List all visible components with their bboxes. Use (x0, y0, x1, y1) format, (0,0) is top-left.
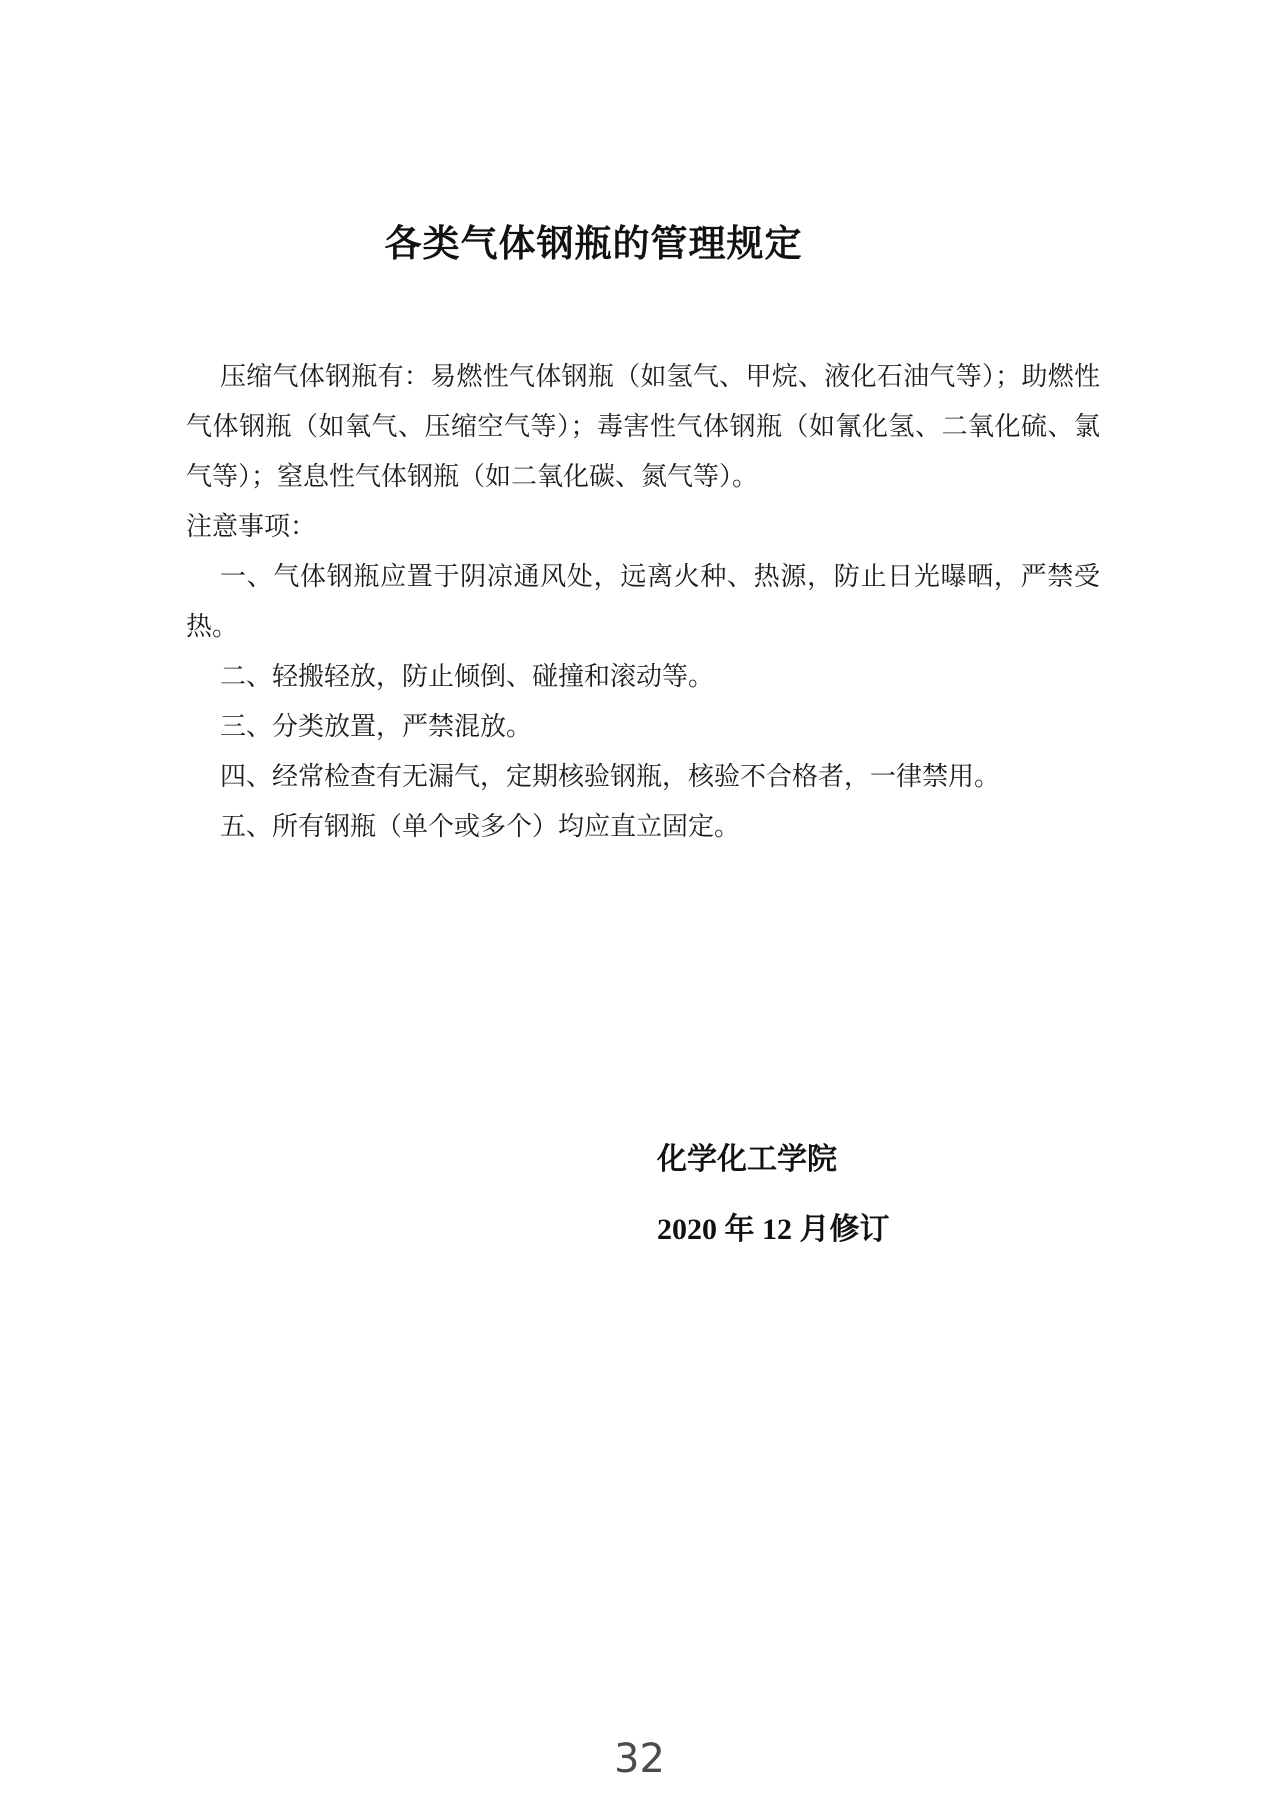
page-title: 各类气体钢瓶的管理规定 (0, 222, 1187, 268)
intro-paragraph: 压缩气体钢瓶有：易燃性气体钢瓶（如氢气、甲烷、液化石油气等）；助燃性气体钢瓶（如… (186, 352, 1100, 502)
note-item-1: 一、气体钢瓶应置于阴凉通风处，远离火种、热源，防止日光曝晒，严禁受热。 (186, 552, 1100, 652)
note-item-2: 二、轻搬轻放，防止倾倒、碰撞和滚动等。 (186, 652, 1100, 702)
signature-block: 化学化工学院 2020 年 12 月修订 (657, 1125, 890, 1265)
page-number: 32 (0, 1736, 1279, 1782)
signature-org: 化学化工学院 (657, 1125, 890, 1195)
signature-date: 2020 年 12 月修订 (657, 1195, 890, 1265)
document-body: 压缩气体钢瓶有：易燃性气体钢瓶（如氢气、甲烷、液化石油气等）；助燃性气体钢瓶（如… (186, 352, 1100, 852)
note-item-5: 五、所有钢瓶（单个或多个）均应直立固定。 (186, 802, 1100, 852)
document-page: 各类气体钢瓶的管理规定 压缩气体钢瓶有：易燃性气体钢瓶（如氢气、甲烷、液化石油气… (0, 0, 1279, 1809)
note-item-4: 四、经常检查有无漏气，定期核验钢瓶，核验不合格者，一律禁用。 (186, 752, 1100, 802)
note-item-3: 三、分类放置，严禁混放。 (186, 702, 1100, 752)
notes-heading: 注意事项： (186, 502, 1100, 552)
